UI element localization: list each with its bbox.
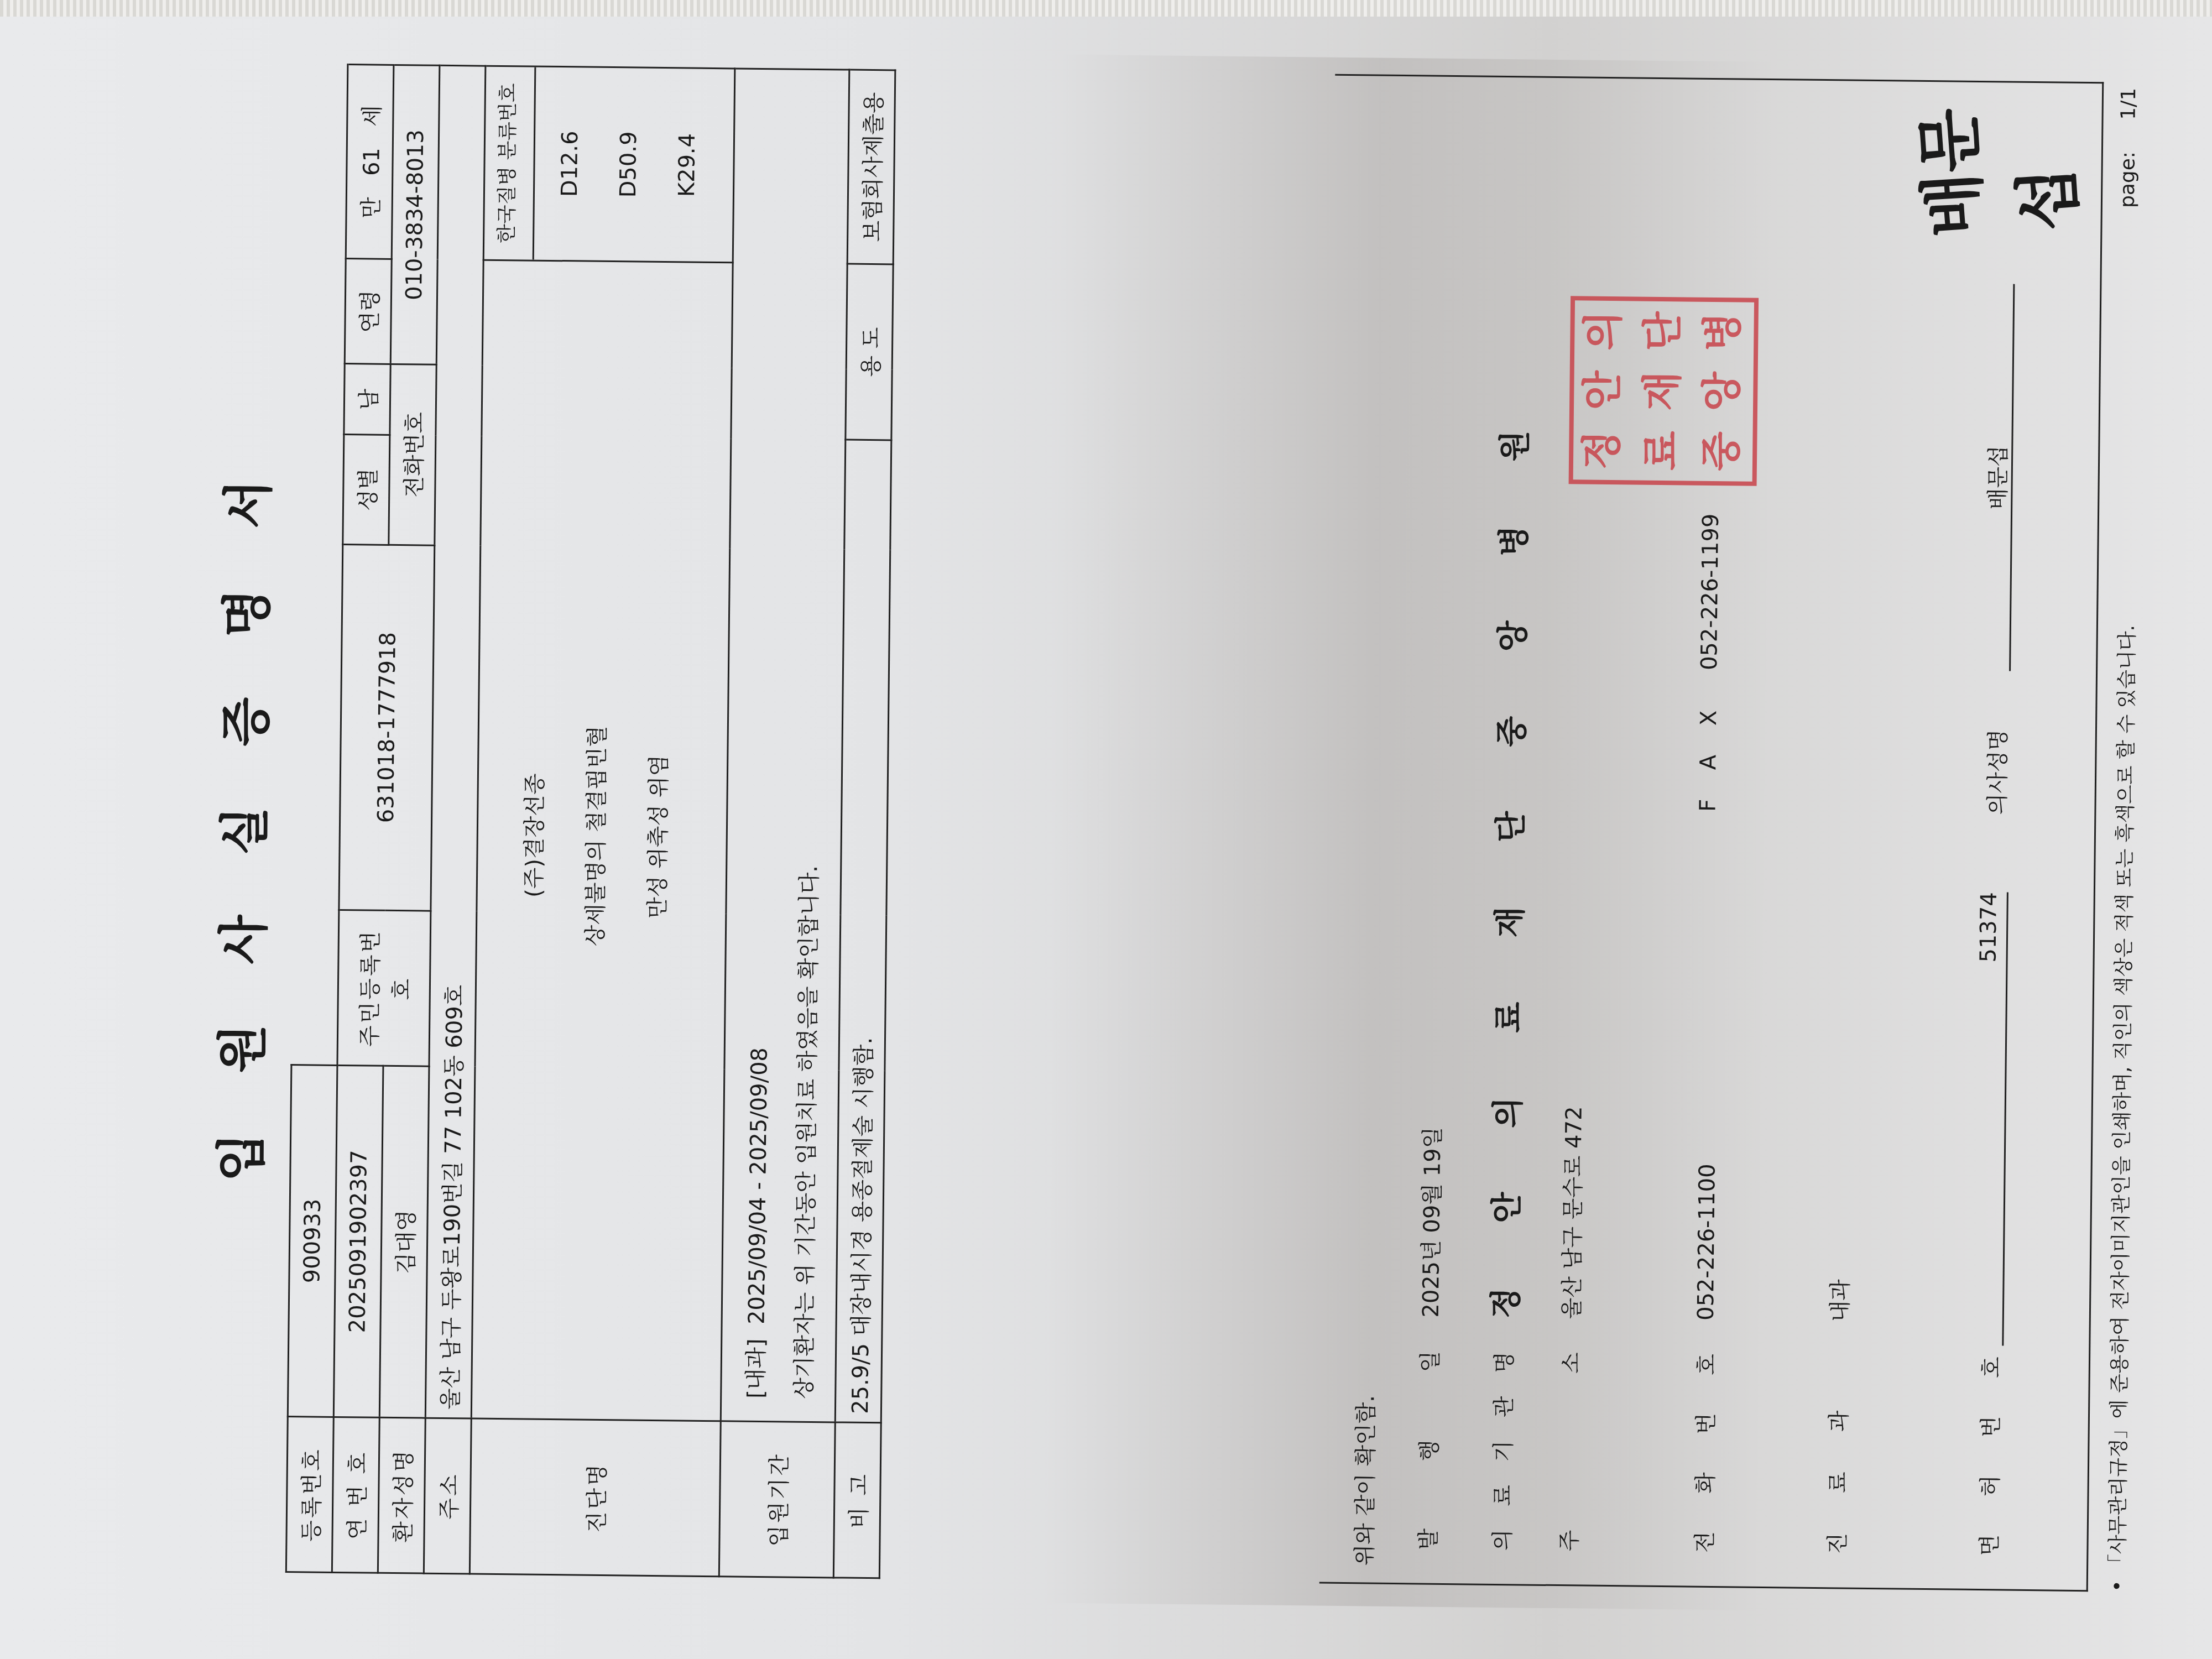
page-number: 1/1 [2117, 88, 2141, 120]
diagnosis-list: (주)결장선종 상세불명의 철결핍빈혈 만성 위축성 위염 [471, 260, 733, 1421]
period-dates: 2025/09/04 - 2025/09/08 [744, 1047, 773, 1324]
disease-code: K29.4 [674, 76, 701, 253]
inst-phone-label: 전화번호 [1687, 1354, 1721, 1553]
serial-value: 2025091902397 [333, 1065, 383, 1417]
institution-row: 의료기관명 정 안 의 료 재 단 중 앙 병 원 [1477, 404, 1536, 1551]
inst-phone-row: 전화번호 052-226-1100 [1687, 1164, 1723, 1553]
doctor-name: 배문섭 [1979, 284, 2015, 671]
age-prefix: 만 [358, 197, 384, 218]
admission-certificate-page: 입 원 사 실 증 명 서 등록번호 900933 연 번 호 20250919… [102, 45, 2164, 1615]
institution-label: 의료기관명 [1485, 1352, 1519, 1551]
phone-label: 전화번호 [389, 364, 436, 545]
phone-value: 010-3834-8013 [390, 65, 440, 364]
inst-address-row: 주소 울산 남구 문수로 472 [1552, 1106, 1588, 1552]
issue-date: 2025년 09월 19일 [1413, 1126, 1447, 1318]
dept-label: 진료과 [1820, 1410, 1853, 1554]
inst-address: 울산 남구 문수로 472 [1554, 1106, 1588, 1319]
dept-row: 진료과 내과 [1820, 1279, 1854, 1554]
license-number: 51374 [1971, 892, 2008, 1346]
hospital-seal-icon: 정안의 료재단 중앙병 [1569, 296, 1759, 486]
patient-info-table: 등록번호 900933 연 번 호 2025091902397 주민등록번호 6… [285, 63, 896, 1579]
purpose-value: 보험회사제출용 [847, 70, 895, 264]
age-value: 만 61 세 [346, 65, 394, 259]
institution-name: 정 안 의 료 재 단 중 앙 병 원 [1480, 404, 1536, 1319]
admission-period: [내과] 2025/09/04 - 2025/09/08 [738, 77, 784, 1399]
reg-no-value: 900933 [288, 1065, 337, 1417]
remarks-text: 25.9/5 대장내시경 용종절제술 시행함. [835, 440, 891, 1423]
diagnosis-item: 만성 위축성 위염 [635, 270, 678, 1403]
confirm-text: 위와 같이 확인함. [1347, 1395, 1380, 1566]
diagnosis-item: 상세불명의 철결핍빈혈 [573, 270, 616, 1402]
purpose-label: 용 도 [846, 264, 893, 440]
age-number: 61 [359, 148, 385, 176]
sex-value: 남 [344, 364, 390, 435]
background-fabric [0, 0, 2212, 17]
diagnosis-item: (주)결장선종 [511, 269, 554, 1401]
issue-date-label: 발행일 [1411, 1350, 1444, 1550]
inst-address-label: 주소 [1552, 1352, 1585, 1552]
admission-period-cell: [내과] 2025/09/04 - 2025/09/08 상기환자는 위 기간동… [721, 69, 849, 1422]
diagnosis-label: 진단명 [469, 1418, 721, 1577]
inst-phone: 052-226-1100 [1693, 1164, 1720, 1321]
issuer-section: 위와 같이 확인함. 발행일 2025년 09월 19일 의료기관명 정 안 의… [1319, 74, 2104, 1592]
admission-period-label: 입원기간 [719, 1421, 835, 1578]
fax-number: 052-226-1199 [1697, 513, 1724, 670]
age-label: 연령 [345, 259, 392, 364]
disease-code-header: 한국질병 분류번호 [495, 67, 536, 260]
remarks-label: 비 고 [833, 1422, 881, 1578]
name-value: 김대영 [379, 1066, 429, 1418]
admission-statement: 상기환자는 위 기간동안 입원치료 하였음을 확인합니다. [786, 78, 832, 1399]
rrn-value: 631018-1777918 [339, 544, 435, 911]
doctor-signature: 배문섭 [1894, 77, 2093, 239]
dept-value: 내과 [1823, 1279, 1855, 1322]
name-label: 환자성명 [378, 1417, 425, 1573]
age-suffix: 세 [359, 105, 385, 127]
disease-code: D12.6 [556, 75, 583, 252]
license-row: 면허번호 [1972, 1323, 2006, 1556]
fax-row: F A X 052-226-1199 [1695, 513, 1724, 812]
license-label: 면허번호 [1972, 1357, 2006, 1556]
address-label: 주소 [424, 1418, 471, 1574]
issue-date-row: 발행일 2025년 09월 19일 [1411, 1126, 1447, 1550]
department-tag: [내과] [743, 1338, 769, 1399]
doctor-name-label: 의사성명 [1980, 729, 2012, 815]
document-title: 입 원 사 실 증 명 서 [196, 45, 285, 1594]
fax-label: F A X [1695, 699, 1721, 812]
disease-code: D50.9 [615, 76, 642, 253]
footer-notice: • 「사무관리규정」에 준용하여 전자이미지관인을 인쇄하며, 직인의 색상은 … [2102, 625, 2140, 1592]
page-indicator: page: 1/1 [2116, 88, 2140, 208]
reg-no-label: 등록번호 [286, 1417, 333, 1573]
disease-code-column: 한국질병 분류번호 D12.6 D50.9 K29.4 [483, 66, 735, 263]
rrn-label: 주민등록번호 [337, 910, 431, 1066]
page-label: page: [2116, 152, 2140, 208]
serial-label: 연 번 호 [332, 1417, 379, 1573]
sex-label: 성별 [343, 435, 390, 545]
